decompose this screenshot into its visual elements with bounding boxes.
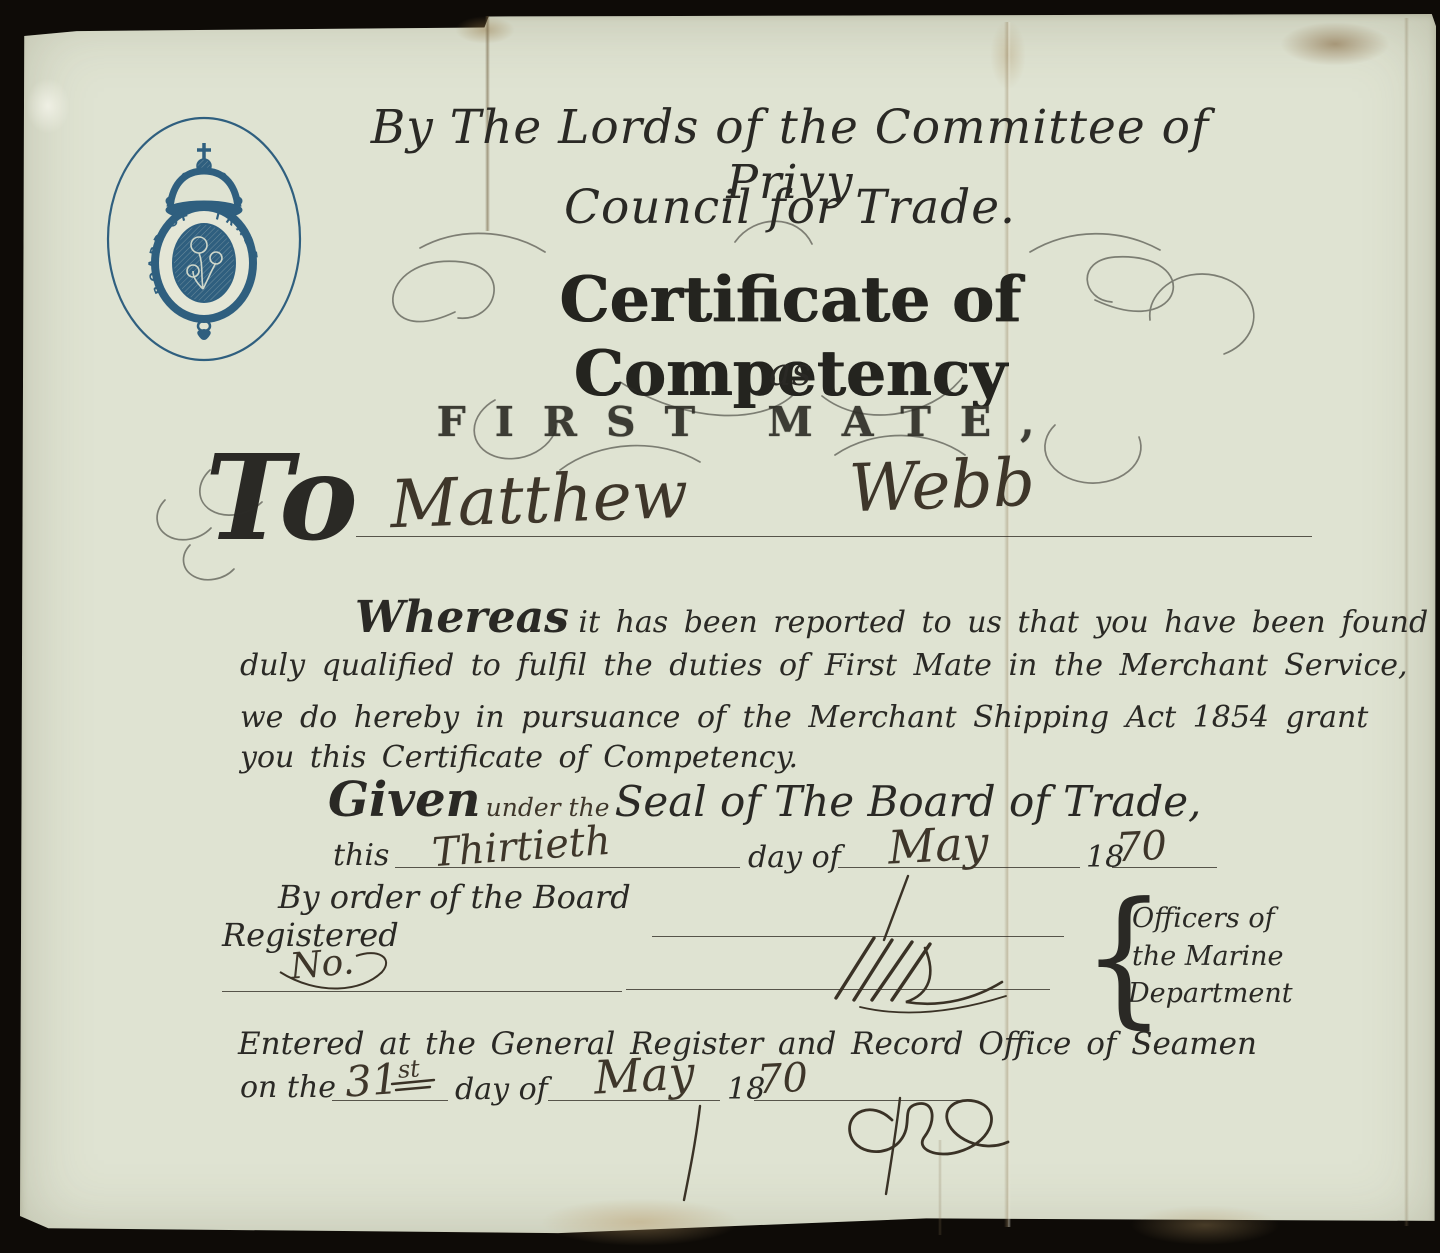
registry-day-suffix: st	[397, 1054, 421, 1083]
body-line1-rest: it has been reported to us that you have…	[578, 605, 1428, 640]
given-line: Given under the Seal of The Board of Tra…	[328, 772, 1201, 828]
month-written-value: May	[887, 815, 990, 874]
year-rule	[1112, 867, 1217, 868]
registry-month-value: May	[593, 1045, 696, 1104]
title-connector: as	[370, 350, 1210, 394]
body-line1: Whereas it has been reported to us that …	[355, 592, 1428, 643]
recipient-name-rule	[356, 536, 1312, 537]
officers-line-2: the Marine	[1132, 941, 1283, 972]
signature-rule-1	[652, 936, 1064, 937]
signature-rule-2	[626, 989, 1050, 990]
day-of-label: day of	[748, 840, 841, 875]
issuing-authority-line2: Council for Trade.	[310, 180, 1270, 235]
officers-line-1: Officers of	[1132, 903, 1275, 934]
by-order-label: By order of the Board	[278, 878, 631, 916]
body-line4: you this Certificate of Competency.	[240, 740, 798, 775]
rank-title: FIRST MATE,	[330, 398, 1170, 446]
registered-no-value: No.	[288, 941, 355, 987]
year-written-value: 70	[1115, 823, 1168, 872]
registry-year-rule	[754, 1100, 966, 1101]
officers-line-3: Department	[1128, 978, 1293, 1009]
this-label: this	[333, 838, 389, 873]
registered-no-rule	[222, 991, 622, 992]
on-the-label: on the	[240, 1070, 336, 1105]
body-line3: we do hereby in pursuance of the Merchan…	[240, 700, 1368, 735]
body-line2: duly qualified to fulfil the duties of F…	[240, 648, 1408, 683]
board-of-trade-seal: BOARD OF TRADE	[103, 113, 305, 365]
registry-day-number: 31	[343, 1054, 400, 1107]
given-label: Given	[328, 772, 481, 828]
whereas-label: Whereas	[355, 592, 569, 643]
registry-day-of-label: day of	[455, 1072, 548, 1107]
to-label: To	[205, 428, 358, 567]
given-under-the: under the	[486, 793, 610, 822]
registry-year-value: 70	[756, 1055, 809, 1104]
registry-day-value: 31st	[343, 1052, 422, 1106]
